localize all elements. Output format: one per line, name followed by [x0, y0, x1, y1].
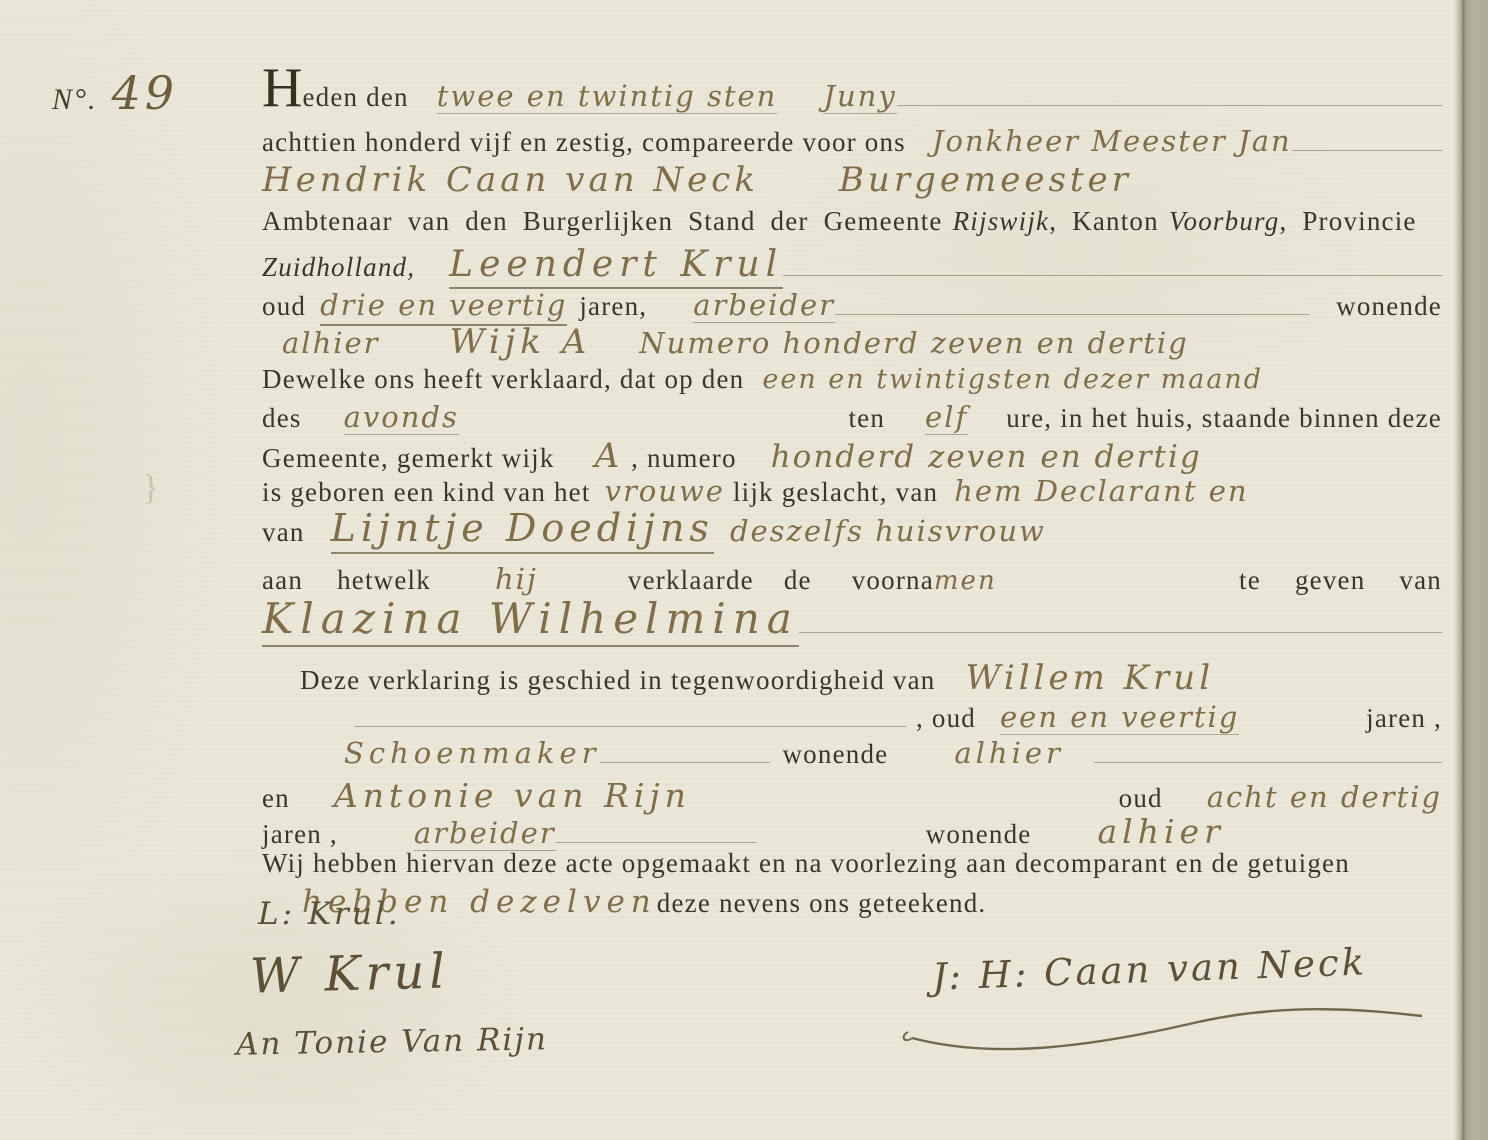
- blank-rule: [1094, 762, 1442, 763]
- blank-rule: [1292, 150, 1442, 151]
- line-geslacht: is geboren een kind van het vrouwe lijk …: [262, 474, 1442, 508]
- hw-official-title: Burgemeester: [839, 160, 1132, 200]
- printed-voorna: voorna: [852, 565, 934, 596]
- printed-jaren2: jaren ,: [262, 819, 338, 850]
- printed-van2: van: [1399, 565, 1442, 596]
- printed-closing2: deze nevens ons geteekend.: [657, 888, 987, 919]
- printed-en: en: [262, 783, 290, 814]
- hw-witness2-occupation: arbeider: [414, 816, 556, 851]
- dropcap-H: H: [262, 66, 302, 111]
- printed-ure: ure, in het huis, staande binnen deze: [1006, 403, 1442, 434]
- signature-flourish: [898, 992, 1438, 1062]
- hw-daypart: avonds: [344, 400, 459, 435]
- line-dewelke: Dewelke ons heeft verklaard, dat op den …: [262, 364, 1442, 395]
- act-number-label: N°.: [52, 83, 98, 117]
- printed-verklaarde: verklaarde: [628, 565, 754, 596]
- printed-van: van: [262, 517, 305, 548]
- line-witness1-age: , oud een en veertig jaren ,: [262, 700, 1442, 735]
- printed-geven: geven: [1295, 565, 1365, 596]
- signature-witness1: W Krul: [249, 943, 450, 1004]
- signature-official: J: H: Caan van Neck: [931, 940, 1367, 998]
- hw-birthday: een en twintigsten dezer maand: [762, 364, 1263, 395]
- blank-rule: [835, 314, 1310, 315]
- printed-dewelke: Dewelke ons heeft verklaard, dat op den: [262, 364, 744, 395]
- line-time: des avonds ten elf ure, in het huis, sta…: [262, 400, 1442, 435]
- printed-oud: oud: [262, 291, 306, 322]
- signature-witness2: An Tonie Van Rijn: [236, 1021, 548, 1062]
- hw-mother-role: deszelfs huisvrouw: [730, 514, 1046, 548]
- printed-wonende: wonende: [1336, 291, 1442, 322]
- hw-witness2-residence: alhier: [1098, 812, 1225, 851]
- hw-child-names: Klazina Wilhelmina: [262, 594, 799, 647]
- line-date: H eden den twee en twintig sten Juny: [262, 66, 1442, 114]
- hw-sex: vrouwe: [605, 474, 725, 508]
- hw-witness1-name: Willem Krul: [966, 658, 1215, 698]
- line-year-compareerde: achttien honderd vijf en zestig, compare…: [262, 124, 1442, 158]
- act-number: N°. 49: [52, 66, 178, 120]
- line-child-names: Klazina Wilhelmina: [262, 594, 1442, 647]
- blank-rule: [783, 275, 1442, 276]
- hw-declarant-name: Leendert Krul: [449, 244, 783, 289]
- printed-closing1b: comparant en de getuigen: [1043, 848, 1350, 879]
- hw-mother-name: Lijntje Doedijns: [331, 506, 714, 554]
- printed-geslacht: lijk geslacht, van: [733, 477, 938, 508]
- line-closing1: Wij hebben hiervan deze acte opgemaakt e…: [262, 848, 1442, 879]
- hw-wijk: Wijk A: [450, 322, 592, 362]
- printed-closing1: Wij hebben hiervan deze acte opgemaakt e…: [262, 848, 1043, 879]
- printed-jaren1: jaren ,: [1366, 703, 1442, 734]
- blank-rule: [354, 726, 906, 727]
- line-witness-intro: Deze verklaring is geschied in tegenwoor…: [262, 658, 1442, 698]
- printed-hetwelk: hetwelk: [337, 565, 431, 596]
- printed-de: de: [784, 565, 812, 596]
- line-declarant-name: Zuidholland, Leendert Krul: [262, 244, 1442, 289]
- printed-municipality: Rijswijk: [953, 206, 1050, 237]
- hw-declarant-age: drie en veertig: [320, 288, 567, 326]
- printed-numero: , numero: [631, 443, 737, 474]
- hw-father: hem Declarant en: [954, 474, 1248, 508]
- printed-canton: Voorburg: [1169, 206, 1280, 237]
- hw-day: twee en twintig sten: [437, 79, 778, 114]
- hw-men: men: [934, 566, 997, 596]
- act-number-value: 49: [112, 66, 179, 120]
- blank-rule: [556, 842, 756, 843]
- signature-declarant: L: Krul.: [258, 896, 401, 932]
- line-declarant-age: oud drie en veertig jaren, arbeider wone…: [262, 288, 1442, 326]
- hw-witness1-occupation: Schoenmaker: [344, 736, 600, 770]
- printed-gemeente: Gemeente, gemerkt wijk: [262, 443, 555, 474]
- printed-provincie-label: , Provincie: [1279, 206, 1416, 237]
- page-edge-shadow: [1454, 0, 1462, 1140]
- printed-wonende2: wonende: [926, 819, 1032, 850]
- printed-te: te: [1239, 565, 1261, 596]
- printed-geboren: is geboren een kind van het: [262, 477, 591, 508]
- hw-housenumber: honderd zeven en dertig: [771, 439, 1202, 475]
- hw-official-2: Hendrik Caan van Neck: [262, 160, 759, 200]
- hw-witness2-name: Antonie van Rijn: [334, 776, 691, 815]
- line-witness2-name: en Antonie van Rijn oud acht en dertig: [262, 776, 1442, 815]
- hw-official-1: Jonkheer Meester Jan: [932, 124, 1292, 158]
- printed-ten: ten: [848, 403, 885, 434]
- line-ambtenaar: Ambtenaar van den Burgerlijken Stand der…: [262, 206, 1442, 237]
- hw-wijk-letter: A: [595, 436, 622, 476]
- printed-oud2: oud: [1119, 783, 1163, 814]
- hw-declarant-occupation: arbeider: [693, 288, 835, 323]
- printed-witness-intro: Deze verklaring is geschied in tegenwoor…: [300, 665, 936, 696]
- blank-rule: [799, 632, 1442, 633]
- birth-certificate-scan: N°. 49 } H eden den twee en twintig sten…: [0, 0, 1488, 1140]
- hw-witness1-age: een en veertig: [1000, 700, 1239, 735]
- printed-province: Zuidholland,: [262, 252, 415, 283]
- line-official-name: Hendrik Caan van Neck Burgemeester: [262, 160, 1442, 200]
- blank-rule: [600, 762, 770, 763]
- line-declarant-address: alhier Wijk A Numero honderd zeven en de…: [262, 322, 1442, 362]
- printed-kanton-label: , Kanton: [1049, 206, 1159, 237]
- line-witness2-occupation: jaren , arbeider wonende alhier: [262, 812, 1442, 851]
- printed-heden-den: eden den: [302, 82, 408, 113]
- printed-des: des: [262, 403, 302, 434]
- line-house: Gemeente, gemerkt wijk A , numero honder…: [262, 436, 1442, 476]
- printed-oud1: , oud: [916, 703, 976, 734]
- hw-hij: hij: [495, 562, 538, 596]
- printed-ambtenaar: Ambtenaar van den Burgerlijken Stand der…: [262, 206, 943, 237]
- line-witness1-occupation: Schoenmaker wonende alhier: [262, 736, 1442, 770]
- printed-wonende1: wonende: [782, 739, 888, 770]
- hw-witness1-residence: alhier: [954, 736, 1064, 770]
- printed-aan: aan: [262, 565, 303, 596]
- printed-year: achttien honderd vijf en zestig, compare…: [262, 127, 906, 158]
- hw-numero: Numero honderd zeven en dertig: [639, 326, 1188, 360]
- hw-witness2-age: acht en dertig: [1207, 780, 1442, 814]
- line-voornamen: aan hetwelk hij verklaarde de voorna men…: [262, 562, 1442, 596]
- printed-jaren: jaren,: [579, 291, 647, 322]
- page-binding-edge: [1462, 0, 1488, 1140]
- ink-smudge: }: [142, 466, 159, 508]
- hw-hour: elf: [925, 400, 968, 435]
- hw-month: Juny: [823, 79, 896, 114]
- line-mother: van Lijntje Doedijns deszelfs huisvrouw: [262, 506, 1442, 554]
- blank-rule: [897, 105, 1442, 106]
- line-closing2: hebben dezelven deze nevens ons geteeken…: [262, 884, 1442, 920]
- hw-alhier: alhier: [282, 326, 380, 360]
